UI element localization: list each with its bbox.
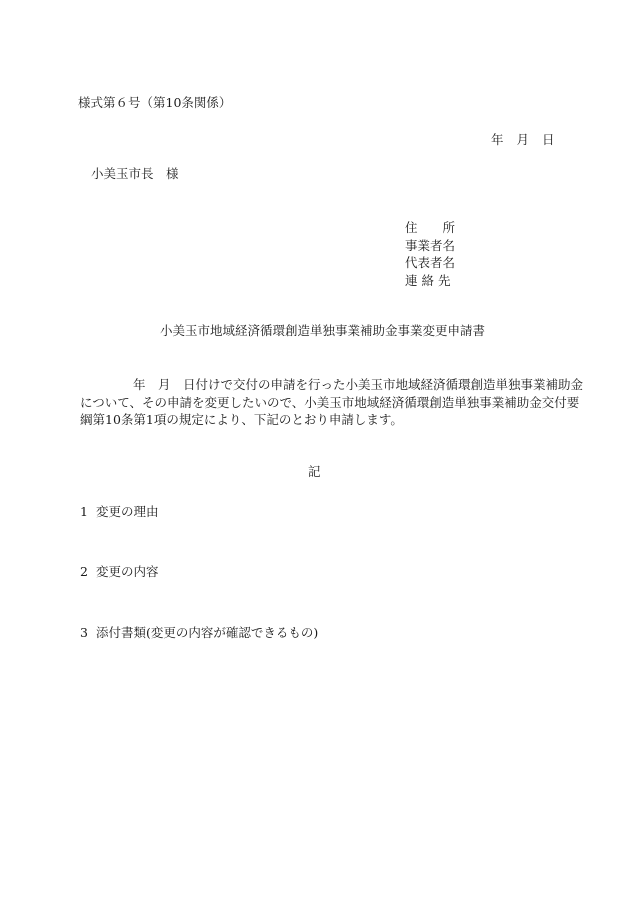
list-item-content: 2変更の内容 [80,564,159,580]
field-address: 住 所 [405,219,455,237]
addressee: 小美玉市長 様 [91,166,179,182]
item-number: 1 [80,504,96,520]
date-day: 日 [542,132,555,148]
date-line: 年月日 [491,132,555,148]
body-line-1: 年 月 日付けで交付の申請を行った小美玉市地域経済循環創造単独事業補助金 [80,376,570,394]
date-month: 月 [517,132,530,148]
form-number: 様式第６号（第10条関係） [78,95,231,111]
document-title: 小美玉市地域経済循環創造単独事業補助金事業変更申請書 [160,323,485,339]
body-paragraph: 年 月 日付けで交付の申請を行った小美玉市地域経済循環創造単独事業補助金 につい… [80,376,570,429]
date-year: 年 [491,132,504,148]
list-item-attachments: 3添付書類(変更の内容が確認できるもの) [80,625,318,641]
field-representative: 代表者名 [405,254,455,272]
ki-heading: 記 [308,464,321,480]
body-line-2: について、その申請を変更したいので、小美玉市地域経済循環創造単独事業補助金交付要 [80,394,570,412]
field-contact: 連 絡 先 [405,272,455,290]
applicant-block: 住 所 事業者名 代表者名 連 絡 先 [405,219,455,289]
item-number: 3 [80,625,96,641]
item-number: 2 [80,564,96,580]
body-line-3: 綱第10条第1項の規定により、下記のとおり申請します。 [80,411,570,429]
item-label: 変更の内容 [96,564,159,579]
list-item-reason: 1変更の理由 [80,504,159,520]
item-label: 添付書類(変更の内容が確認できるもの) [96,625,318,640]
item-label: 変更の理由 [96,504,159,519]
field-business-name: 事業者名 [405,237,455,255]
